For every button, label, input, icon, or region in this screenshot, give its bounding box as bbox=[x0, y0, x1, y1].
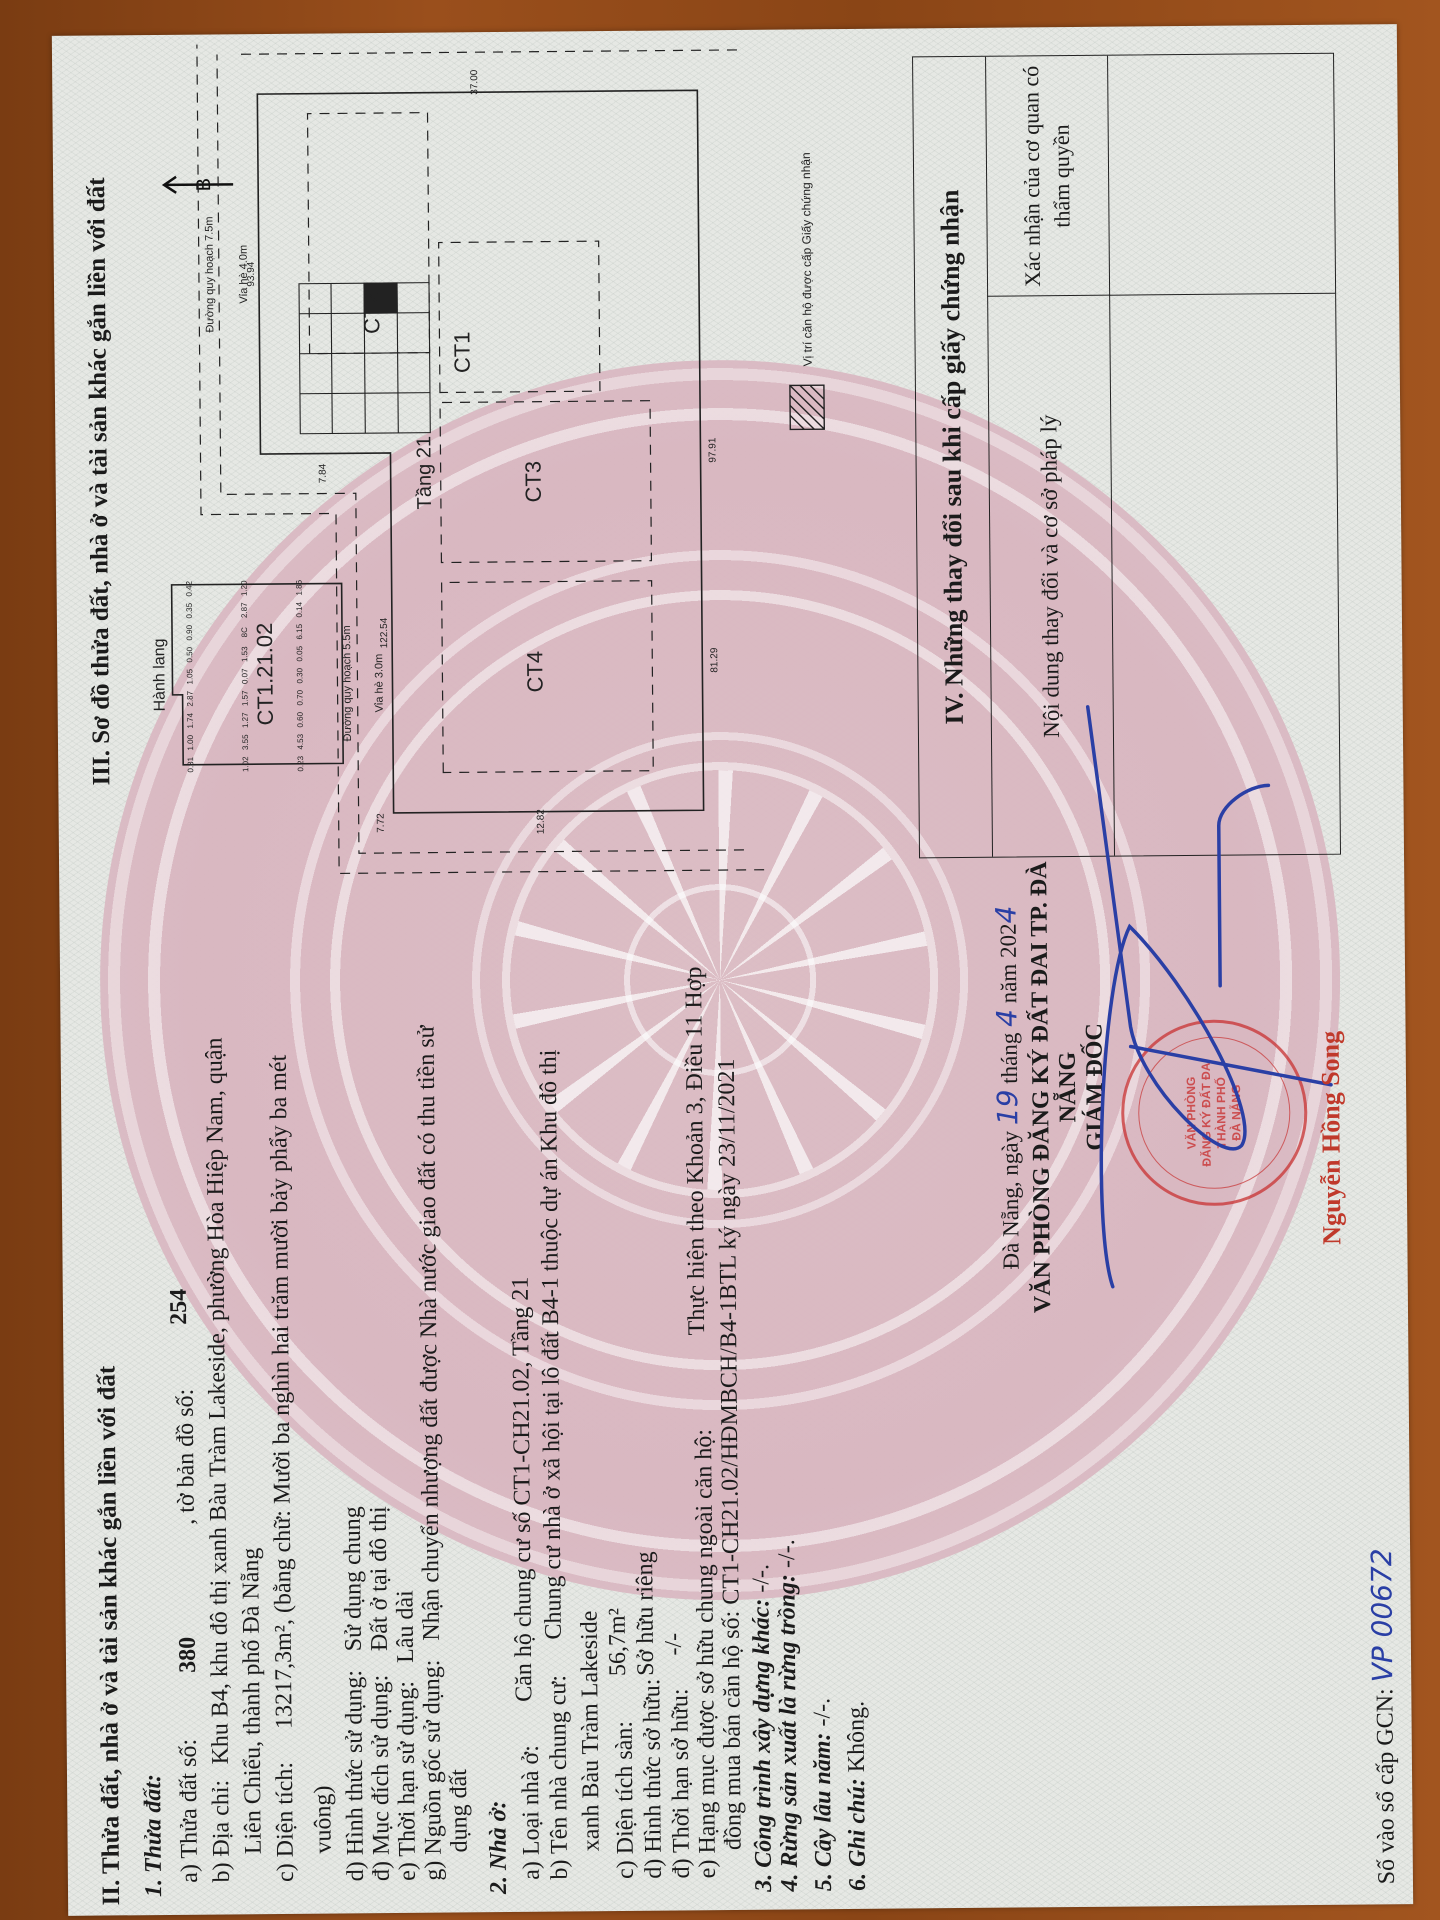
date-prefix: Đà Nẵng, ngày bbox=[997, 1131, 1023, 1270]
unit-dimension: 0.07 bbox=[240, 668, 249, 684]
perennial-value: -/-. bbox=[809, 1698, 835, 1727]
shared-cont: đồng mua bán căn hộ số: CT1-CH21.02/HĐMB… bbox=[711, 1058, 751, 1850]
unit-label: CT1.21.02 bbox=[252, 623, 278, 726]
ownership: Sở hữu riêng bbox=[629, 1551, 663, 1676]
unit-dimension: 0.35 bbox=[185, 602, 194, 618]
area-label: c) Diện tích: bbox=[269, 1762, 303, 1882]
note-value: Không. bbox=[843, 1701, 870, 1773]
unit-dimension: 0.70 bbox=[296, 689, 305, 705]
section-land-and-house: II. Thửa đất, nhà ở và tài sản khác gắn … bbox=[90, 1006, 98, 1906]
land-heading: 1. Thửa đất: bbox=[137, 1774, 171, 1897]
map-sheet-label: , tờ bản đồ số: bbox=[170, 1389, 204, 1525]
parcel-no: 380 bbox=[172, 1637, 205, 1673]
parcel-dimension: 12.82 bbox=[536, 809, 547, 835]
register-label: Số vào sổ cấp GCN: bbox=[1372, 1688, 1400, 1884]
unit-dimension: 0.23 bbox=[296, 755, 305, 771]
unit-dimension: 1.53 bbox=[240, 646, 249, 662]
parcel-dimension: 81.29 bbox=[709, 647, 720, 673]
legend-label: Vị trí căn hộ được cấp Giấy chứng nhận bbox=[799, 152, 815, 366]
address-line2: Liên Chiểu, thành phố Đà Nẵng bbox=[235, 1547, 271, 1854]
unit-dimension: 6.15 bbox=[295, 623, 304, 639]
address-label: b) Địa chỉ: bbox=[205, 1780, 239, 1883]
unit-dimension: 0.60 bbox=[296, 711, 305, 727]
unit-dimension: 0.30 bbox=[295, 667, 304, 683]
origin: Nhận chuyển nhượng đất được Nhà nước gia… bbox=[410, 1025, 448, 1641]
unit-dimension: 1.27 bbox=[241, 712, 250, 728]
house-heading: 2. Nhà ở: bbox=[482, 1800, 516, 1894]
certificate-page: II. Thửa đất, nhà ở và tài sản khác gắn … bbox=[52, 24, 1413, 1916]
shared: Thực hiện theo Khoản 3, Điều 11 Hợp bbox=[678, 966, 714, 1335]
parcel-dimension: 7.84 bbox=[318, 463, 329, 483]
map-sheet-no: 254 bbox=[163, 1289, 196, 1325]
changes-table-divider bbox=[1109, 293, 1335, 296]
building-label-ct1: CT1 bbox=[449, 331, 474, 373]
unit-dimension: 1.05 bbox=[185, 668, 194, 684]
register-number: Số vào sổ cấp GCN: VP 00672 bbox=[1365, 1548, 1401, 1884]
parcel-dimension: 37.00 bbox=[469, 69, 480, 95]
unit-dimension: 1.00 bbox=[186, 734, 195, 750]
note: 6. Ghi chú: Không. bbox=[840, 1701, 875, 1891]
date-year-digit: 4 bbox=[989, 906, 1022, 924]
unit-dimension: 4.53 bbox=[296, 733, 305, 749]
forest-value: -/-. bbox=[774, 1539, 800, 1568]
unit-dimension: 0.14 bbox=[295, 601, 304, 617]
changes-col-confirmation-header: Xác nhận của cơ quan có thẩm quyền bbox=[985, 56, 1110, 297]
parcel-no-label: a) Thửa đất số: bbox=[173, 1739, 207, 1883]
date-day: 19 bbox=[991, 1089, 1024, 1125]
building-label-ct4: CT4 bbox=[522, 651, 547, 693]
rotated-content: II. Thửa đất, nhà ở và tài sản khác gắn … bbox=[52, 24, 1413, 1916]
parcel-dimension: 93.94 bbox=[246, 261, 257, 287]
unit-dimension: 1.02 bbox=[241, 756, 250, 772]
unit-dimension: 1.57 bbox=[241, 690, 250, 706]
date-month-label: tháng bbox=[997, 1033, 1022, 1084]
floor-label: Tầng 21 bbox=[413, 436, 436, 510]
road-label: Đường quy hoạch 7.5m bbox=[203, 216, 216, 332]
perennial-label: 5. Cây lâu năm: bbox=[810, 1732, 837, 1891]
owner-term: -/- bbox=[658, 1633, 691, 1656]
issue-date: Đà Nẵng, ngày 19 tháng 4 năm 2024 bbox=[989, 827, 1027, 1347]
parcel-diagram: CT1CT2CT3CT4Tầng 21CT1.21.02Hành langĐườ… bbox=[137, 29, 865, 915]
corridor-label: Hành lang bbox=[151, 638, 169, 711]
address-line1: Khu B4, khu đô thị xanh Bàu Tràm Lakesid… bbox=[199, 1037, 238, 1764]
register-value: VP 00672 bbox=[1365, 1548, 1399, 1682]
unit-dimension: 0.42 bbox=[185, 580, 194, 596]
unit-dimension: 2.87 bbox=[186, 690, 195, 706]
changes-table-title: IV. Những thay đổi sau khi cấp giấy chứn… bbox=[913, 57, 993, 858]
perennial: 5. Cây lâu năm: -/-. bbox=[806, 1698, 841, 1892]
unit-dimension: 1.86 bbox=[295, 579, 304, 595]
building-label-ct2: CT2 bbox=[359, 292, 384, 334]
parcel-dimension: 7.72 bbox=[376, 813, 387, 833]
unit-dimension: 0.31 bbox=[186, 756, 195, 772]
unit-dimension: 0.05 bbox=[295, 645, 304, 661]
unit-dimension: 2.87 bbox=[240, 602, 249, 618]
building-label-ct3: CT3 bbox=[521, 461, 546, 503]
area-value-cont: vuông) bbox=[307, 1785, 341, 1853]
note-label: 6. Ghi chú: bbox=[844, 1778, 871, 1891]
parcel-dimension: 122.54 bbox=[379, 617, 390, 648]
unit-dimension: 3.55 bbox=[241, 734, 250, 750]
signer-name: Nguyễn Hồng Song bbox=[1316, 1031, 1348, 1245]
road-label: Đường quy hoạch 5.5m bbox=[341, 625, 354, 741]
date-month: 4 bbox=[990, 1009, 1023, 1027]
parcel-dimension: 97.91 bbox=[707, 437, 718, 463]
unit-dimension: 1.20 bbox=[240, 580, 249, 596]
date-year-label: năm 202 bbox=[996, 923, 1022, 1003]
unit-dimension: 1.74 bbox=[186, 712, 195, 728]
section3-title: III. Sơ đồ thửa đất, nhà ở và tài sản kh… bbox=[83, 177, 116, 785]
forest-label: 4. Rừng sản xuất là rừng trồng: bbox=[774, 1574, 803, 1892]
section2-title: II. Thửa đất, nhà ở và tài sản khác gắn … bbox=[93, 1366, 126, 1906]
unit-dimension: 0.50 bbox=[185, 646, 194, 662]
building-name: Chung cư nhà ở xã hội tại lô đất B4-1 th… bbox=[533, 1049, 571, 1639]
origin-cont: dụng đất bbox=[443, 1769, 477, 1853]
road-label: Vỉa hè 3.0m bbox=[373, 654, 386, 713]
building-label: b) Tên nhà chung cư: bbox=[542, 1675, 577, 1880]
area-value: 13217,3m², (bằng chữ: Mười ba nghìn hai … bbox=[263, 1055, 302, 1729]
unit-dimension: 0.90 bbox=[185, 624, 194, 640]
unit-dimension: 8C bbox=[240, 627, 249, 638]
forest: 4. Rừng sản xuất là rừng trồng: -/-. bbox=[771, 1539, 807, 1891]
